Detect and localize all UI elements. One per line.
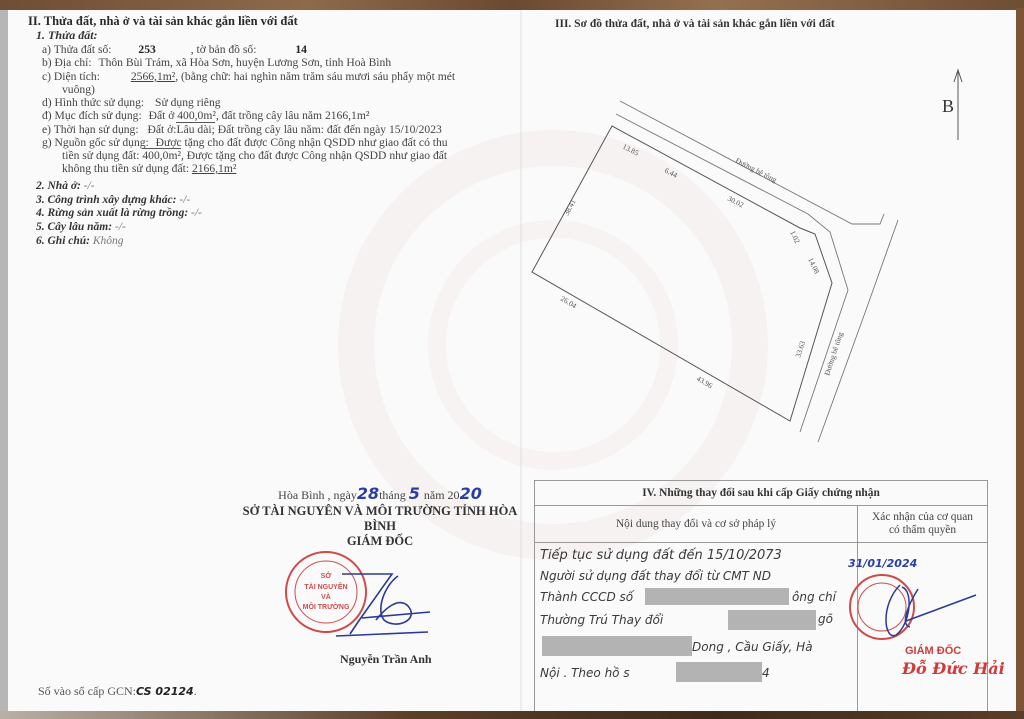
edge-label: 14.08	[806, 256, 821, 275]
redacted-block	[645, 588, 789, 605]
sign-date: Hòa Bình , ngày28tháng 5năm 2020	[232, 484, 528, 503]
signer-name: Nguyễn Trần Anh	[340, 652, 432, 667]
column-header-confirmation: Xác nhận của cơ quancó thẩm quyền	[858, 506, 988, 543]
handwritten-tail-4: gõ	[818, 612, 833, 626]
official-stamp-with-signature: SỞ TÀI NGUYÊN VÀ MÔI TRƯỜNG	[280, 540, 460, 650]
column-header-content: Nội dung thay đổi và cơ sở pháp lý	[535, 506, 858, 543]
edge-label: 26.04	[559, 294, 578, 310]
north-arrow-icon	[954, 70, 962, 140]
section-4-title: IV. Những thay đổi sau khi cấp Giấy chứn…	[535, 481, 988, 506]
issuing-organization: SỞ TÀI NGUYÊN VÀ MÔI TRƯỜNG TỈNH HÒA BÌN…	[232, 504, 528, 534]
land-office-stamp-with-signature	[840, 565, 980, 655]
svg-text:MÔI TRƯỜNG: MÔI TRƯỜNG	[303, 602, 350, 611]
handwritten-line-6: Nội . Theo hồ s	[540, 666, 630, 680]
handwritten-line-2: Người sử dụng đất thay đổi từ CMT ND	[540, 569, 771, 583]
parcel-boundary	[532, 126, 832, 421]
confirmer-name: Đỗ Đức Hải	[902, 659, 1005, 678]
handwritten-line-4: Thường Trú Thay đổi	[540, 613, 663, 627]
north-label: B	[942, 96, 954, 117]
handwritten-line-1: Tiếp tục sử dụng đất đến 15/10/2073	[540, 548, 782, 563]
edge-label: 30.02	[726, 194, 745, 210]
edge-label: 38.41	[562, 198, 578, 217]
road-label: Đường bê tông	[734, 156, 779, 185]
svg-text:SỞ: SỞ	[321, 571, 332, 580]
registry-number: Số vào sổ cấp GCN:CS 02124.	[38, 684, 197, 699]
svg-text:VÀ: VÀ	[321, 592, 331, 601]
handwritten-tail-6: 4	[762, 666, 770, 680]
redacted-block	[676, 662, 762, 682]
registry-value: CS 02124	[136, 685, 194, 698]
handwritten-tail-3: ông chỉ	[792, 590, 836, 604]
edge-label: 13.85	[621, 142, 640, 158]
edge-label: 43.96	[695, 374, 714, 390]
handwritten-line-3: Thành CCCD số	[540, 590, 633, 604]
edge-label: 6.44	[663, 166, 679, 180]
redacted-block	[728, 610, 816, 630]
edge-label: 33.63	[793, 340, 807, 359]
registry-label: Số vào sổ cấp GCN:	[38, 684, 136, 698]
svg-text:TÀI NGUYÊN: TÀI NGUYÊN	[304, 582, 347, 591]
road-lines	[616, 101, 898, 442]
edge-label: 1.02	[788, 229, 802, 245]
redacted-block	[542, 636, 692, 656]
handwritten-line-5: Dong , Cầu Giấy, Hà	[692, 640, 813, 654]
road-label: Đường bê tông	[822, 331, 845, 377]
confirmer-role: GIÁM ĐỐC	[905, 645, 961, 657]
background-table-bottom	[0, 711, 1024, 719]
